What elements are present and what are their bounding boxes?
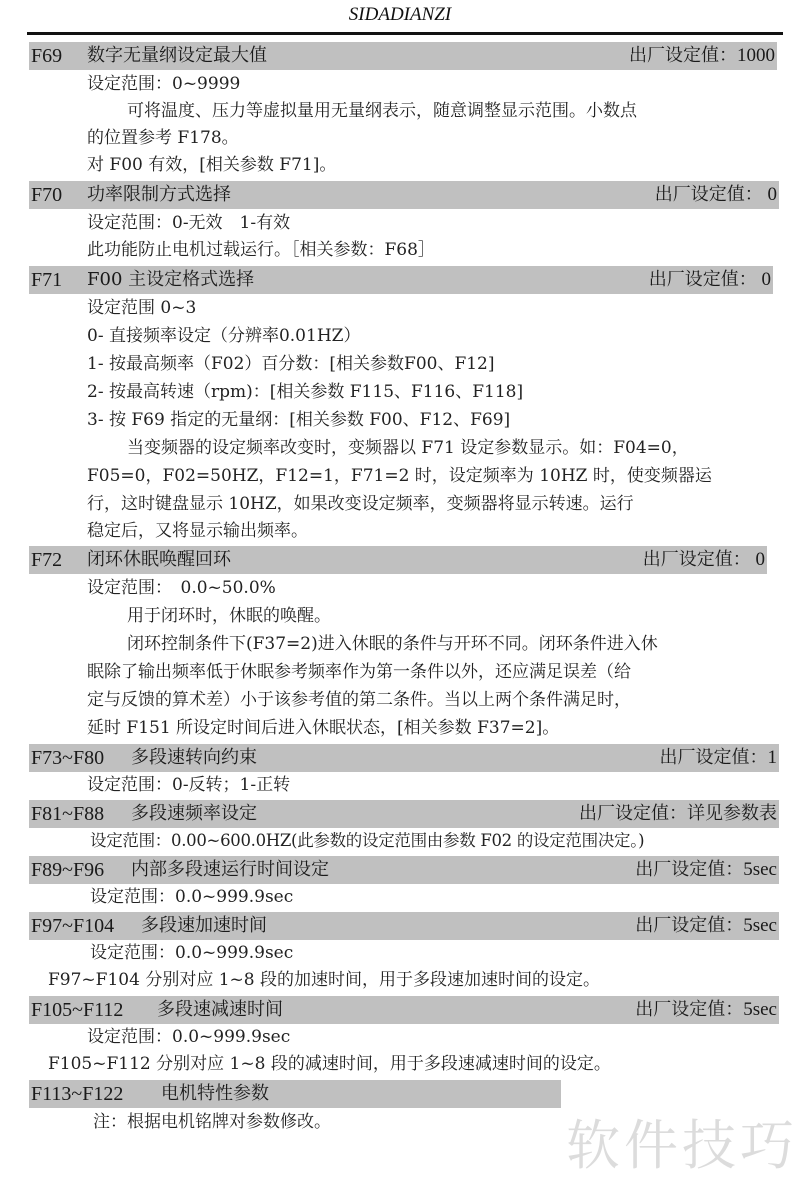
factory-setting: 出厂设定值： 0 xyxy=(655,181,777,209)
factory-setting: 出厂设定值：1000 xyxy=(629,42,775,70)
param-header-f73-f80: F73~F80 多段速转向约束 出厂设定值：1 xyxy=(29,744,779,772)
header-rule xyxy=(27,32,783,35)
param-code: F70 xyxy=(31,181,62,209)
factory-setting: 出厂设定值： 0 xyxy=(649,266,771,294)
factory-setting: 出厂设定值：详见参数表 xyxy=(579,800,777,828)
param-desc: 稳定后，又将显示输出频率。 xyxy=(87,519,308,543)
param-option: 3- 按 F69 指定的无量纲：[相关参数 F00、F12、F69] xyxy=(87,408,510,432)
param-range: 设定范围：0-无效 1-有效 xyxy=(87,211,290,235)
param-range: 设定范围：0-反转；1-正转 xyxy=(87,773,290,797)
param-code: F113~F122 xyxy=(31,1080,123,1108)
param-title: 多段速加速时间 xyxy=(141,912,267,940)
param-code: F105~F112 xyxy=(31,996,123,1024)
param-range: 设定范围：0.0~999.9sec xyxy=(87,1025,290,1049)
param-header-f71: F71 F00 主设定格式选择 出厂设定值： 0 xyxy=(29,266,773,294)
param-title: 多段速转向约束 xyxy=(131,744,257,772)
param-option: 0- 直接频率设定（分辨率0.01HZ） xyxy=(87,324,360,348)
param-header-f81-f88: F81~F88 多段速频率设定 出厂设定值：详见参数表 xyxy=(29,800,779,828)
param-desc: F105~F112 分别对应 1~8 段的减速时间，用于多段速减速时间的设定。 xyxy=(48,1052,611,1076)
running-header: SIDADIANZI xyxy=(0,4,800,26)
param-desc: 可将温度、压力等虚拟量用无量纲表示，随意调整显示范围。小数点 xyxy=(127,99,637,123)
param-desc: 眠除了输出频率低于休眠参考频率作为第一条件以外，还应满足误差（给 xyxy=(87,660,631,684)
watermark: 软件技巧 xyxy=(566,1103,798,1180)
param-title: 电机特性参数 xyxy=(161,1080,269,1108)
factory-setting: 出厂设定值：5sec xyxy=(635,912,777,940)
param-related: 延时 F151 所设定时间后进入休眠状态，[相关参数 F37=2]。 xyxy=(87,716,559,740)
param-code: F72 xyxy=(31,546,62,574)
param-desc: 闭环控制条件下(F37=2)进入休眠的条件与开环不同。闭环条件进入休 xyxy=(127,632,658,656)
param-code: F71 xyxy=(31,266,62,294)
param-header-f105-f112: F105~F112 多段速减速时间 出厂设定值：5sec xyxy=(29,996,779,1024)
param-title: 功率限制方式选择 xyxy=(87,181,231,209)
param-header-f113-f122: F113~F122 电机特性参数 xyxy=(29,1080,561,1108)
param-desc: 此功能防止电机过载运行。［相关参数：F68］ xyxy=(87,238,435,262)
param-header-f69: F69 数字无量纲设定最大值 出厂设定值：1000 xyxy=(29,42,777,70)
param-header-f70: F70 功率限制方式选择 出厂设定值： 0 xyxy=(29,181,779,209)
param-title: 内部多段速运行时间设定 xyxy=(131,856,329,884)
param-desc: 行，这时键盘显示 10HZ，如果改变设定频率，变频器将显示转速。运行 xyxy=(87,492,634,516)
param-code: F73~F80 xyxy=(31,744,104,772)
param-desc: 当变频器的设定频率改变时，变频器以 F71 设定参数显示。如：F04=0， xyxy=(127,436,689,460)
param-title: F00 主设定格式选择 xyxy=(87,266,254,294)
param-range: 设定范围 0~3 xyxy=(87,296,196,320)
param-option: 2- 按最高转速（rpm)：[相关参数 F115、F116、F118] xyxy=(87,380,523,404)
param-range: 设定范围：0.00~600.0HZ(此参数的设定范围由参数 F02 的设定范围决… xyxy=(90,829,644,853)
param-range: 设定范围： 0.0~50.0% xyxy=(87,576,276,600)
param-related: 对 F00 有效，[相关参数 F71]。 xyxy=(87,153,336,177)
param-code: F81~F88 xyxy=(31,800,104,828)
param-note: 注：根据电机铭牌对参数修改。 xyxy=(93,1110,331,1134)
param-desc: F05=0，F02=50HZ，F12=1，F71=2 时，设定频率为 10HZ … xyxy=(87,464,712,488)
param-code: F89~F96 xyxy=(31,856,104,884)
factory-setting: 出厂设定值：5sec xyxy=(635,996,777,1024)
param-title: 数字无量纲设定最大值 xyxy=(87,42,267,70)
param-header-f72: F72 闭环休眠唤醒回环 出厂设定值： 0 xyxy=(29,546,767,574)
param-desc: F97~F104 分别对应 1~8 段的加速时间，用于多段速加速时间的设定。 xyxy=(48,968,600,992)
param-title: 闭环休眠唤醒回环 xyxy=(87,546,231,574)
param-code: F69 xyxy=(31,42,62,70)
param-title: 多段速频率设定 xyxy=(131,800,257,828)
param-desc: 用于闭环时，休眠的唤醒。 xyxy=(127,604,331,628)
param-desc: 定与反馈的算术差）小于该参考值的第二条件。当以上两个条件满足时， xyxy=(87,688,631,712)
param-desc: 的位置参考 F178。 xyxy=(87,126,239,150)
param-range: 设定范围：0.0~999.9sec xyxy=(90,941,293,965)
param-title: 多段速减速时间 xyxy=(157,996,283,1024)
factory-setting: 出厂设定值：1 xyxy=(660,744,778,772)
param-header-f97-f104: F97~F104 多段速加速时间 出厂设定值：5sec xyxy=(29,912,779,940)
factory-setting: 出厂设定值：5sec xyxy=(635,856,777,884)
param-header-f89-f96: F89~F96 内部多段速运行时间设定 出厂设定值：5sec xyxy=(29,856,779,884)
param-range: 设定范围：0~9999 xyxy=(87,72,240,96)
factory-setting: 出厂设定值： 0 xyxy=(643,546,765,574)
param-range: 设定范围：0.0~999.9sec xyxy=(90,885,293,909)
param-option: 1- 按最高频率（F02）百分数：[相关参数F00、F12] xyxy=(87,352,495,376)
param-code: F97~F104 xyxy=(31,912,114,940)
